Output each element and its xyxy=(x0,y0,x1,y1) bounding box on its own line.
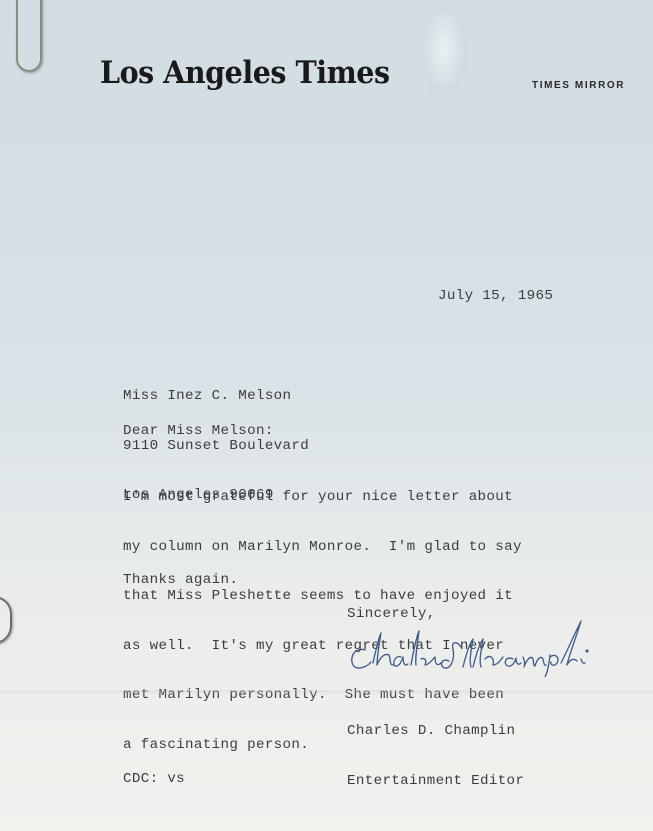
salutation: Dear Miss Melson: xyxy=(123,423,274,440)
paper-clip-icon xyxy=(16,0,42,72)
recipient-name: Miss Inez C. Melson xyxy=(123,388,309,405)
signer-title: Entertainment Editor xyxy=(347,773,524,790)
signer-block: Charles D. Champlin Entertainment Editor xyxy=(347,690,524,822)
paper-clip-icon xyxy=(0,596,12,644)
letterhead-corporate-mark: TIMES MIRROR xyxy=(532,80,625,91)
handwritten-signature-icon xyxy=(345,615,595,677)
letter-date: July 15, 1965 xyxy=(438,288,553,305)
letter-page: Los Angeles Times TIMES MIRROR July 15, … xyxy=(0,0,653,831)
reference-initials: CDC: vs xyxy=(123,771,185,788)
letterhead-masthead: Los Angeles Times xyxy=(100,55,390,91)
body-line: my column on Marilyn Monroe. I'm glad to… xyxy=(123,539,522,556)
thanks-line: Thanks again. xyxy=(123,572,238,589)
recipient-street: 9110 Sunset Boulevard xyxy=(123,438,309,455)
embossed-emblem-icon xyxy=(423,14,469,100)
signer-name: Charles D. Champlin xyxy=(347,723,524,740)
body-line: that Miss Pleshette seems to have enjoye… xyxy=(123,588,522,605)
body-line: I'm most grateful for your nice letter a… xyxy=(123,489,522,506)
paper-fold-line xyxy=(0,690,653,696)
